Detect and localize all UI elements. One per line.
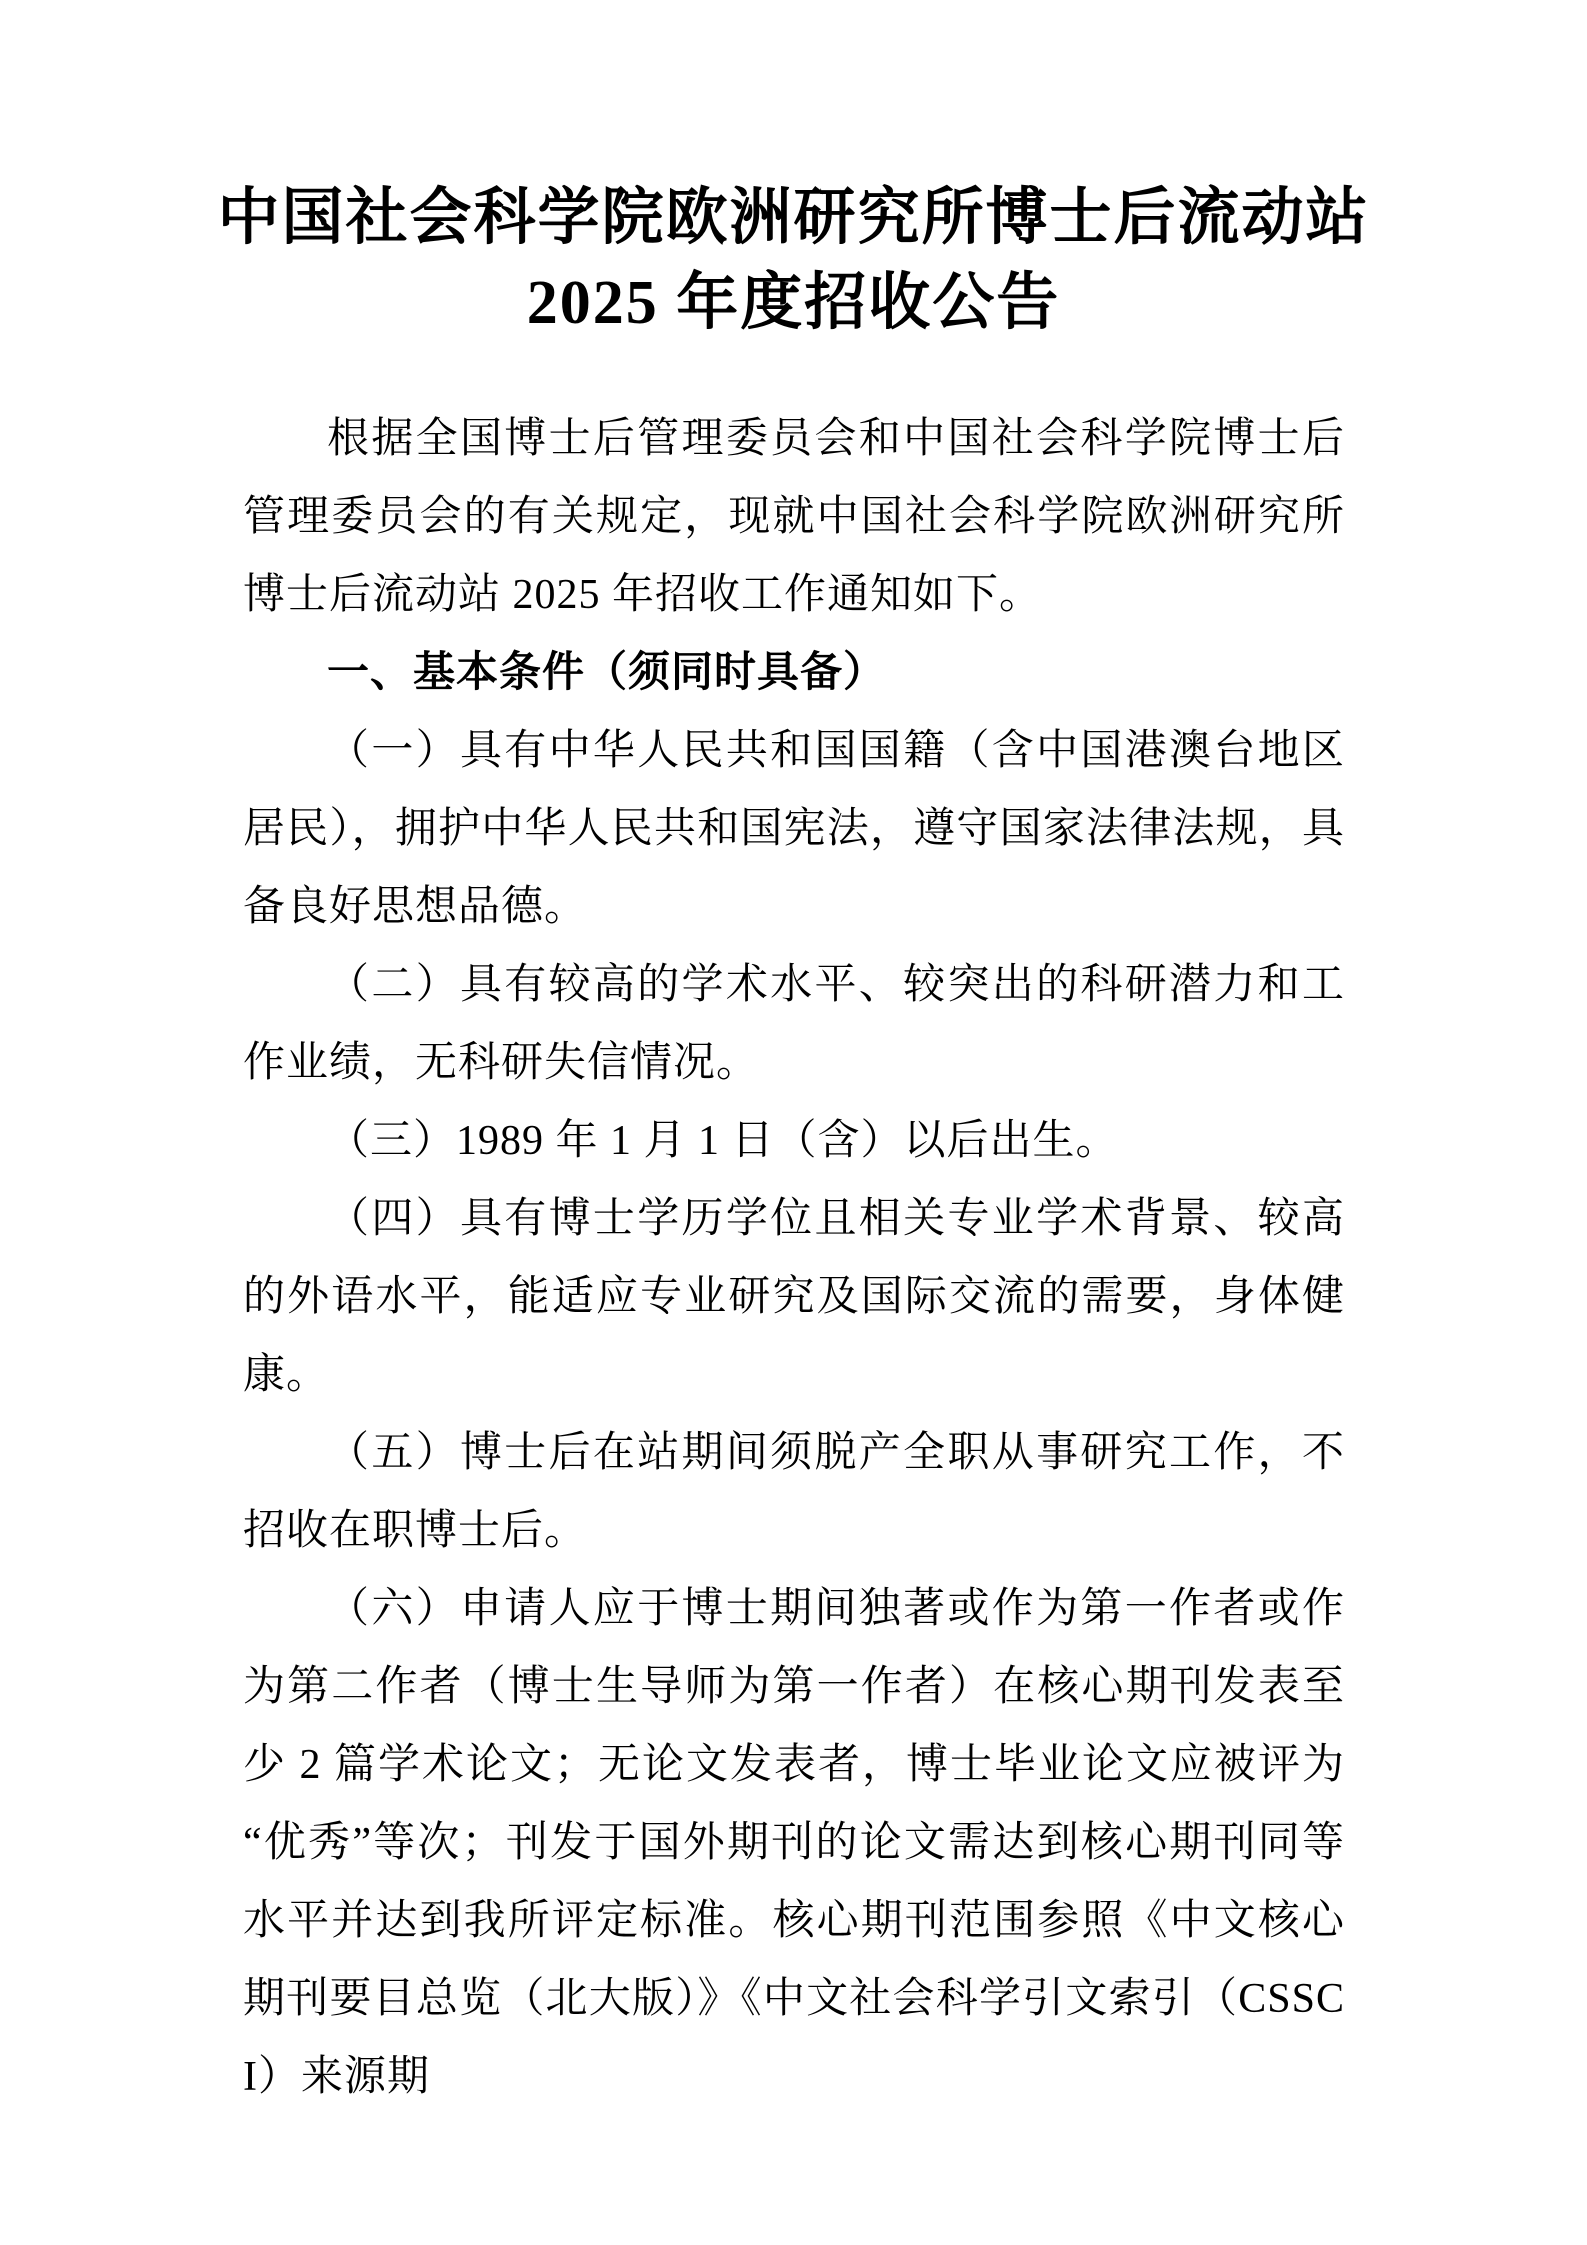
document-body: 根据全国博士后管理委员会和中国社会科学院博士后管理委员会的有关规定，现就中国社会… — [243, 400, 1345, 2116]
condition-item-2: （二）具有较高的学术水平、较突出的科研潜力和工作业绩，无科研失信情况。 — [243, 946, 1345, 1102]
document-title-line-2: 2025 年度招收公告 — [110, 261, 1477, 346]
condition-item-4: （四）具有博士学历学位且相关专业学术背景、较高的外语水平，能适应专业研究及国际交… — [243, 1180, 1345, 1414]
section-heading-basic-conditions: 一、基本条件（须同时具备） — [243, 634, 1345, 712]
condition-item-5: （五）博士后在站期间须脱产全职从事研究工作，不招收在职博士后。 — [243, 1414, 1345, 1570]
document-title: 中国社会科学院欧洲研究所博士后流动站 2025 年度招收公告 — [110, 176, 1477, 346]
condition-item-1: （一）具有中华人民共和国国籍（含中国港澳台地区居民），拥护中华人民共和国宪法，遵… — [243, 712, 1345, 946]
condition-item-3: （三）1989 年 1 月 1 日（含）以后出生。 — [243, 1102, 1345, 1180]
document-title-line-1: 中国社会科学院欧洲研究所博士后流动站 — [110, 176, 1477, 261]
paragraph-intro: 根据全国博士后管理委员会和中国社会科学院博士后管理委员会的有关规定，现就中国社会… — [243, 400, 1345, 634]
condition-item-6: （六）申请人应于博士期间独著或作为第一作者或作为第二作者（博士生导师为第一作者）… — [243, 1570, 1345, 2116]
document-page: 中国社会科学院欧洲研究所博士后流动站 2025 年度招收公告 根据全国博士后管理… — [0, 0, 1587, 2245]
